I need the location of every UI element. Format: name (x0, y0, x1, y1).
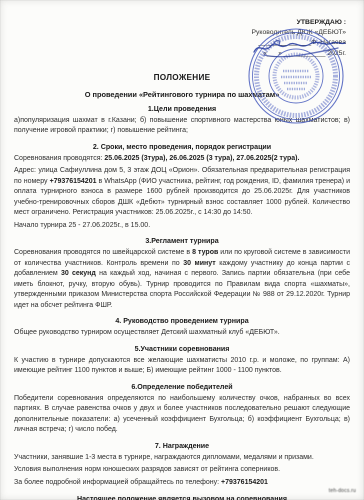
paragraph-text: Участники, занявшие 1-3 места в турнире,… (14, 454, 314, 461)
section-paragraph: За более подробной информацией обращайте… (14, 478, 350, 489)
page-subtitle: О проведении «Рейтингового турнира по ша… (0, 90, 364, 99)
paragraph-text-bold: +79376154201 (50, 178, 97, 185)
paragraph-text: Победители соревнования определяются по … (14, 395, 350, 434)
approval-position: Руководитель ДЮК «ДЕБЮТ» (0, 28, 346, 38)
section-paragraph: К участию в турнире допускаются все жела… (14, 356, 350, 377)
section-heading: 4. Руководство проведением турнира (14, 317, 350, 325)
section-paragraph: Участники, занявшие 1-3 места в турнире,… (14, 453, 350, 464)
paragraph-text-bold: 8 туров (192, 249, 218, 256)
section-paragraph: Победители соревнования определяются по … (14, 394, 350, 436)
paragraph-text: Начало турнира 25 - 27.06.2025г., в 15.0… (14, 222, 150, 229)
section-heading: 3.Регламент турнира (14, 237, 350, 245)
paragraph-text: Соревнования проводятся: (14, 155, 104, 162)
sections: 1.Цели проведенияа)популяризация шахмат … (0, 105, 364, 489)
section-paragraph: Начало турнира 25 - 27.06.2025г., в 15.0… (14, 221, 350, 232)
final-statement: Настоящее положение является вызовом на … (0, 495, 364, 500)
section-paragraph: Адрес: улица Сафиуллина дом 5, 3 этаж ДО… (14, 166, 350, 219)
section-paragraph: Соревнования проводятся по швейцарской с… (14, 248, 350, 311)
section-heading: 5.Участники соревнования (14, 345, 350, 353)
paragraph-text-bold: 30 секунд (61, 270, 96, 277)
section-paragraph: Условия выполнения норм юношеских разряд… (14, 465, 350, 476)
paragraph-text: а)популяризация шахмат в г.Казани; б) по… (14, 117, 350, 135)
section-paragraph: Соревнования проводятся: 25.06.2025 (3ту… (14, 154, 350, 165)
paragraph-text-bold: 25.06.2025 (3тура), 26.06.2025 (3 тура),… (104, 155, 299, 162)
watermark-text: teh-docs.ru (329, 488, 356, 494)
approval-signature-line: ______________Ф. Нагаева (0, 38, 346, 48)
approval-date-line: «___» ___________ 2025г. (0, 49, 346, 59)
paragraph-text: К участию в турнире допускаются все жела… (14, 357, 350, 375)
paragraph-text-bold: +79376154201 (221, 479, 268, 486)
section-paragraph: Общее руководство турниром осуществляет … (14, 328, 350, 339)
approval-block: УТВЕРЖДАЮ : Руководитель ДЮК «ДЕБЮТ» ___… (0, 0, 364, 59)
paragraph-text: За более подробной информацией обращайте… (14, 479, 221, 486)
section-paragraph: а)популяризация шахмат в г.Казани; б) по… (14, 116, 350, 137)
paragraph-text: Соревнования проводятся по швейцарской с… (14, 249, 192, 256)
page-title: ПОЛОЖЕНИЕ (0, 73, 364, 82)
section-heading: 6.Определение победителей (14, 383, 350, 391)
paragraph-text: Общее руководство турниром осуществляет … (14, 329, 280, 336)
section-heading: 7. Награждение (14, 442, 350, 450)
section-heading: 2. Сроки, место проведения, порядок реги… (14, 143, 350, 151)
section-heading: 1.Цели проведения (14, 105, 350, 113)
paragraph-text: Условия выполнения норм юношеских разряд… (14, 466, 280, 473)
approval-label: УТВЕРЖДАЮ : (0, 18, 346, 28)
paragraph-text-bold: 30 минут (183, 260, 215, 267)
document-page: УТВЕРЖДАЮ : Руководитель ДЮК «ДЕБЮТ» ___… (0, 0, 364, 500)
